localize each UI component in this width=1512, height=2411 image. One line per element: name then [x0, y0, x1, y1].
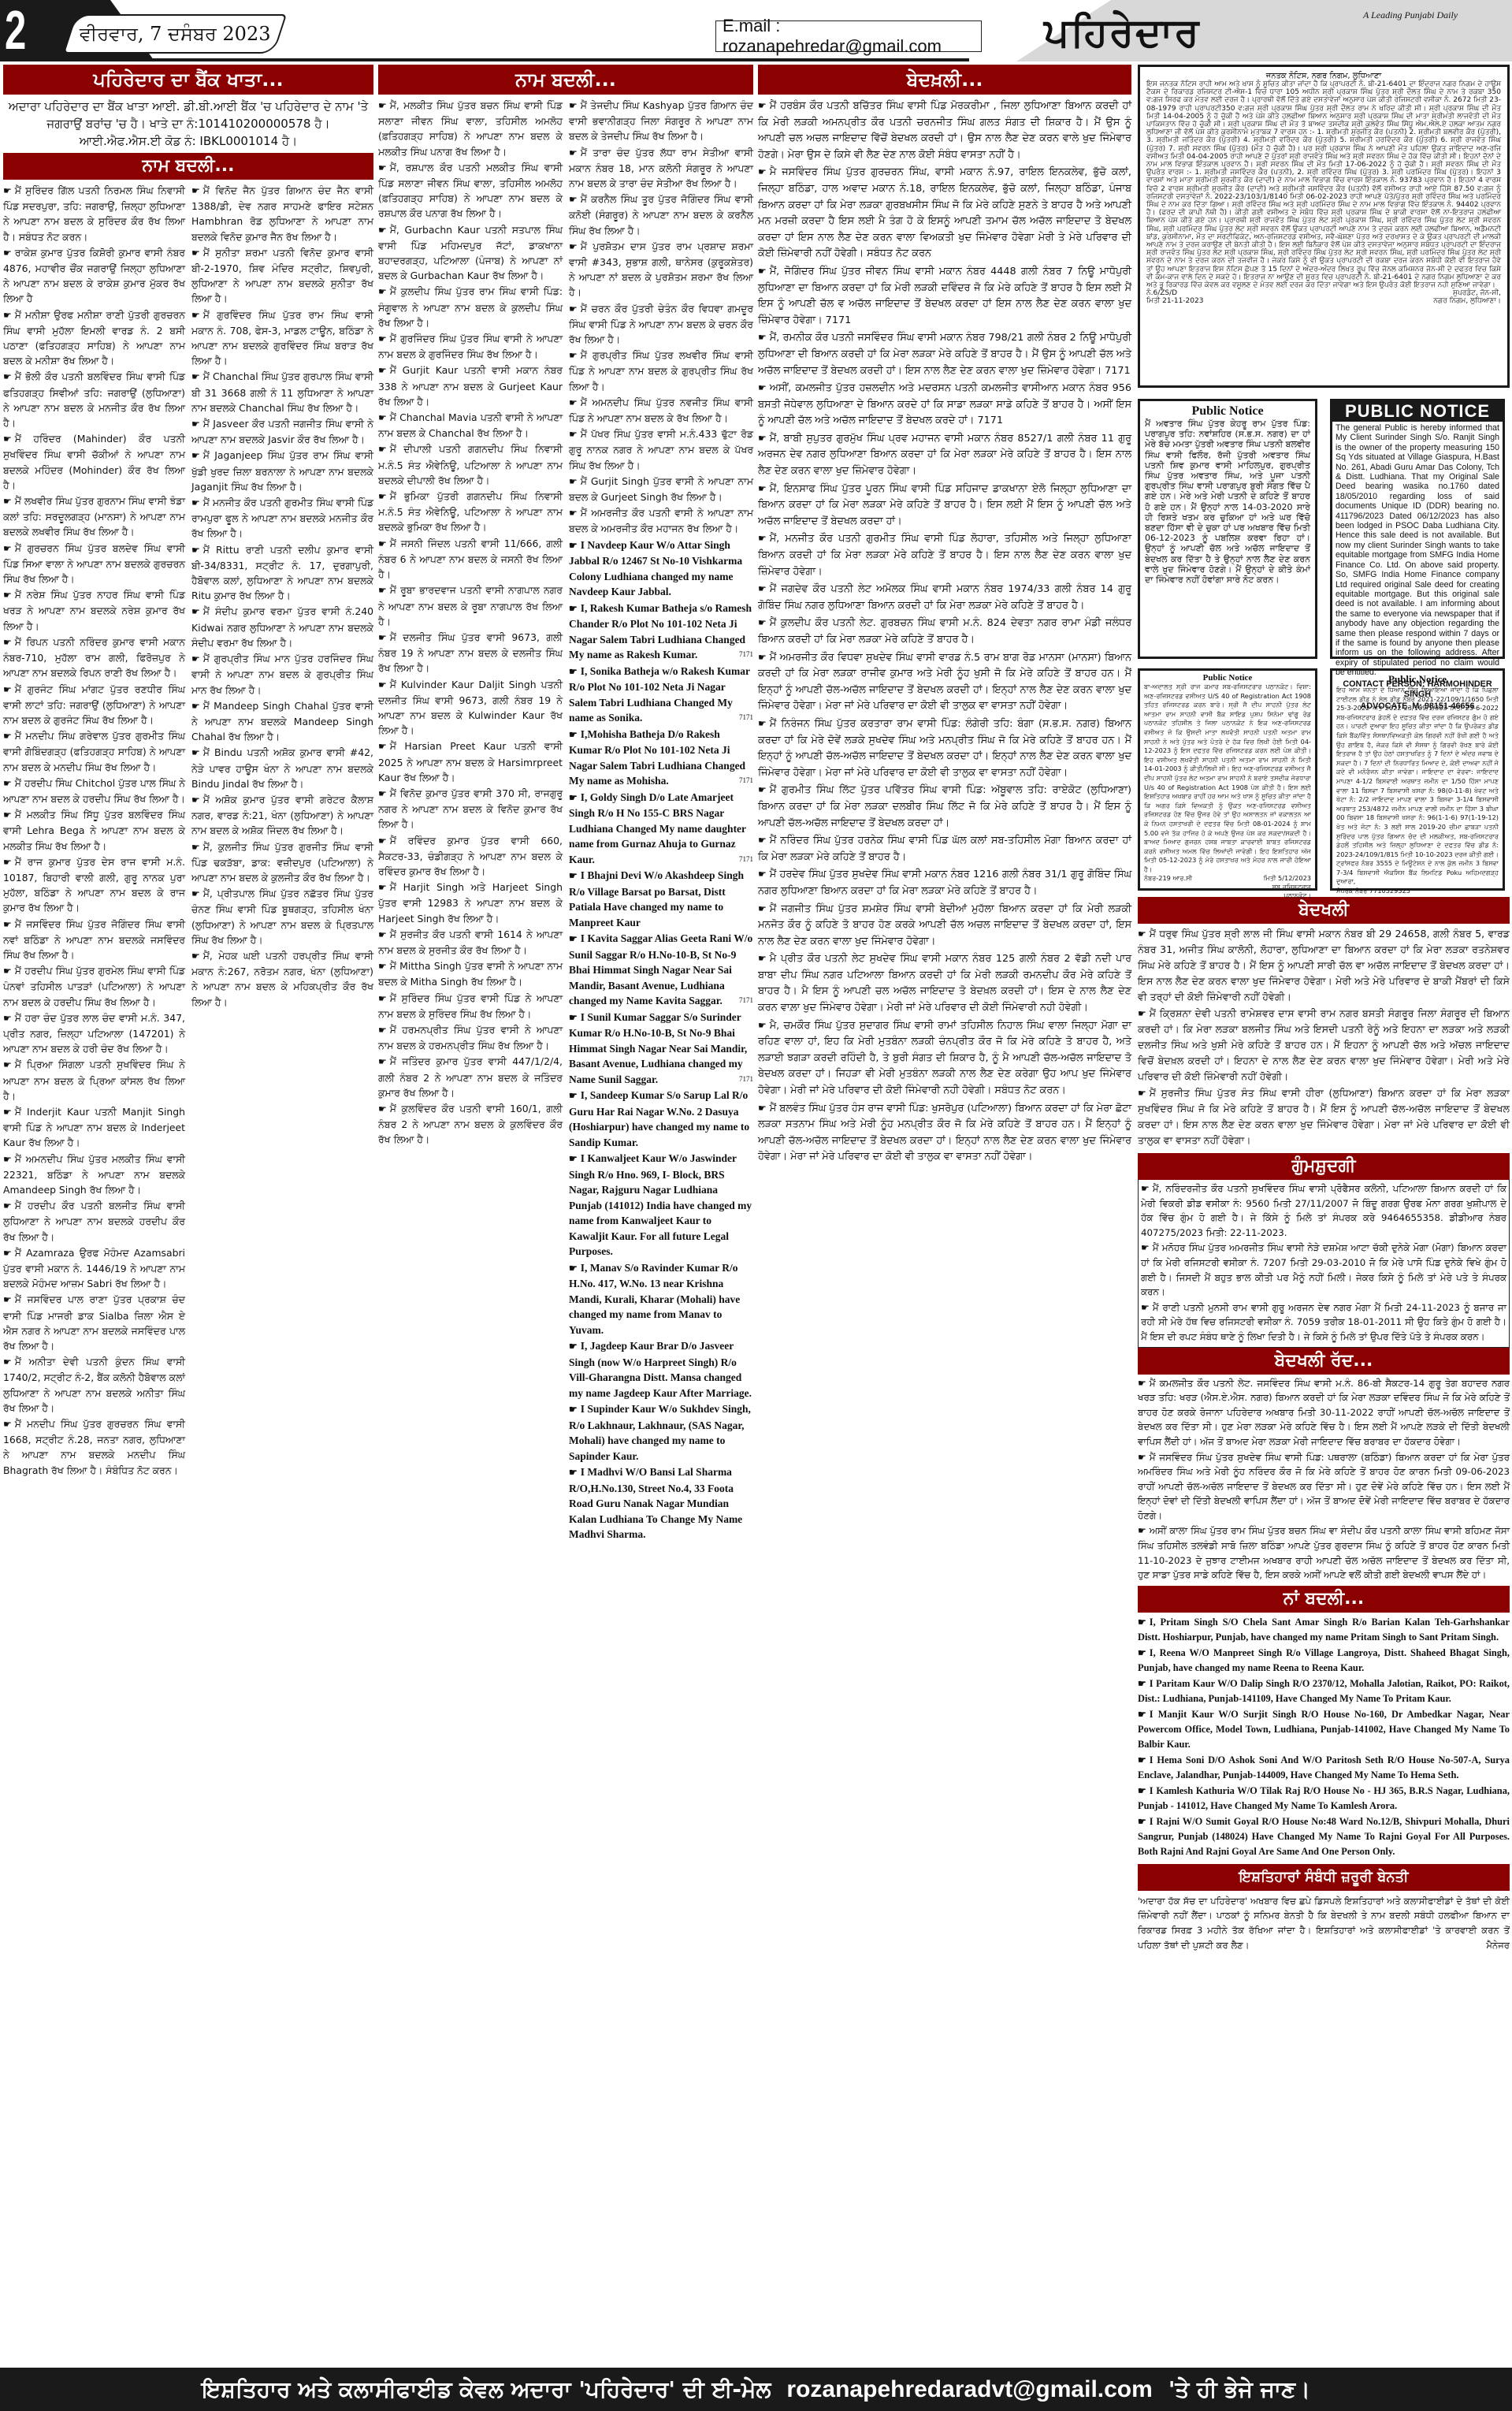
entry-text: ਮੈਂ Chanchal ਸਿੰਘ ਪੁੱਤਰ ਗੁਰਪਾਲ ਸਿੰਘ ਵਾਸੀ…: [191, 370, 373, 413]
list-item: ☛ਮੈਂ ਜਸਵਿੰਦਰ ਸਿੰਘ ਪੁੱਤਰ ਜੋਗਿੰਦਰ ਸਿੰਘ ਵਾਸ…: [3, 917, 185, 963]
pointing-hand-icon: ☛: [1138, 1816, 1146, 1827]
list-item: ☛ਮੈਂ, ਕੁਲਜੀਤ ਸਿੰਘ ਪੁੱਤਰ ਗੁਰਜੀਤ ਸਿੰਘ ਵਾਸੀ…: [191, 839, 373, 886]
list-item: ☛ਮੈਂ ਸੁਨੀਤਾ ਸ਼ਰਮਾ ਪਤਨੀ ਵਿਨੋਦ ਕੁਮਾਰ ਵਾਸੀ …: [191, 245, 373, 307]
entry-text: ਮੈਂ ਗੁਰਵਿੰਦਰ ਸਿੰਘ ਪੁੱਤਰ ਰਾਮ ਸਿੰਘ ਵਾਸੀ ਮਕ…: [191, 309, 373, 367]
entry-text: ਮੈਂ, ਰਮਨੀਕ ਕੌਰ ਪਤਨੀ ਜਸਵਿੰਦਰ ਸਿੰਘ ਵਾਸੀ ਮਕ…: [758, 332, 1131, 376]
entry-text: ਮੈਂ ਹਰਦੀਪ ਸਿੰਘ ਪੁੱਤਰ ਗੁਰਮੇਲ ਸਿੰਘ ਵਾਸੀ ਪਿ…: [3, 965, 185, 1007]
entry-text: ਮੈਂ ਹਰਬੰਸ ਕੌਰ ਪਤਨੀ ਬਚਿੱਤਰ ਸਿੰਘ ਵਾਸੀ ਪਿੰਡ…: [758, 100, 1131, 161]
pointing-hand-icon: ☛: [3, 684, 12, 695]
pointing-hand-icon: ☛: [3, 310, 12, 321]
list-item: ☛ਮੈਂ Kulvinder Kaur Daljit Singh ਪਤਨੀ ਦਲ…: [378, 677, 563, 739]
pointing-hand-icon: ☛: [3, 778, 12, 789]
list-item: ☛ਮੈਂ ਲਖਵੀਰ ਸਿੰਘ ਪੁੱਤਰ ਗੁਰਨਾਮ ਸਿੰਘ ਵਾਸੀ ਝ…: [3, 493, 185, 540]
pointing-hand-icon: ☛: [569, 1153, 578, 1164]
list-item: ☛ਮੈਂ ਪ੍ਰਿਆ ਸਿੰਗਲਾ ਪਤਨੀ ਸੁਖਵਿੰਦਰ ਸਿੰਘ ਨੇ …: [3, 1057, 185, 1103]
pointing-hand-icon: ☛: [191, 450, 200, 461]
notice-title: PUBLIC NOTICE: [1332, 401, 1503, 422]
pointing-hand-icon: ☛: [378, 365, 387, 376]
list-item: ☛ਮੈਂ ਸੁਰਜੀਤ ਸਿੰਘ ਪੁੱਤਰ ਸੰਤ ਸਿੰਘ ਵਾਸੀ ਹੀਰ…: [1138, 1085, 1510, 1148]
entry-text: ਮੈਂ Rittu ਰਾਣੀ ਪਤਨੀ ਦਲੀਪ ਕੁਮਾਰ ਵਾਸੀ ਬੀ-3…: [191, 544, 373, 602]
entry-text: ਮੈਂ ਕ੍ਰਿਸ਼ਨਾ ਦੇਵੀ ਪਤਨੀ ਰਾਮੇਸ਼ਵਰ ਦਾਸ ਵਾਸੀ…: [1138, 1007, 1510, 1082]
list-item: ☛ਮੈਂ ਵਿਨੋਦ ਜੈਨ ਪੁੱਤਰ ਗਿਆਨ ਚੰਦ ਜੈਨ ਵਾਸੀ 1…: [191, 183, 373, 244]
entry-text: ਮੈਂ ਮਨਦੀਪ ਸਿੰਘ ਪੁੱਤਰ ਗੁਰਚਰਨ ਸਿੰਘ ਵਾਸੀ 16…: [3, 1418, 185, 1476]
ad-reference-number: 7171: [739, 852, 753, 868]
list-item: ☛ਮੈਂ ਕੁਲਦੀਪ ਕੌਰ ਪਤਨੀ ਲੇਟ. ਗੁਰਬਚਨ ਸਿੰਘ ਵਾ…: [758, 615, 1131, 648]
list-item: ☛ਮੈਂ ਅਮਨਦੀਪ ਸਿੰਘ ਪੁੱਤਰ ਮਲਕੀਤ ਸਿੰਘ ਵਾਸੀ 2…: [3, 1152, 185, 1198]
pointing-hand-icon: ☛: [378, 538, 387, 549]
ad-reference-number: 7171: [739, 773, 753, 789]
list-item: ☛ਮੈਂ ਜਸਵਿੰਦਰ ਪਾਲ ਰਾਣਾ ਪੁੱਤਰ ਪ੍ਰਕਾਸ਼ ਚੰਦ …: [3, 1292, 185, 1353]
list-item: ☛I Kanwaljeet Kaur W/o Jaswinder Singh R…: [569, 1151, 753, 1259]
list-item: ☛ਮੈਂ ਮਲਕੀਤ ਸਿੰਘ ਸਿੱਧੂ ਪੁੱਤਰ ਬਲਵਿੰਦਰ ਸਿੰਘ…: [3, 807, 185, 854]
list-item: ☛ਮੈਂ, ਨਰਿੰਦਰਜੀਤ ਕੌਰ ਪਤਨੀ ਸੁਖਵਿੰਦਰ ਸਿੰਘ ਵ…: [1141, 1181, 1506, 1240]
pointing-hand-icon: ☛: [378, 961, 387, 972]
entry-text: ਮੈਂ Jaganjeep ਸਿੰਘ ਪੁੱਤਰ ਰਾਮ ਸਿੰਘ ਵਾਸੀ ਖ…: [191, 449, 373, 492]
entry-text: ਰਾਕੇਸ਼ ਕੁਮਾਰ ਪੁੱਤਰ ਕਿਸ਼ੋਰੀ ਕੁਮਾਰ ਵਾਸੀ ਨੰ…: [3, 247, 185, 305]
list-item: ☛ਮੈਂ ਸੁਰਜੀਤ ਕੌਰ ਪਤਨੀ ਵਾਸੀ 1614 ਨੇ ਆਪਣਾ ਨ…: [378, 927, 563, 958]
bank-account-heading: ਪਹਿਰੇਦਾਰ ਦਾ ਬੈਂਕ ਖਾਤਾ...: [3, 65, 373, 95]
pointing-hand-icon: ☛: [191, 497, 200, 508]
pointing-hand-icon: ☛: [191, 951, 200, 962]
entry-text: ਮੈਂ ਨਿਰੰਜਨ ਸਿੰਘ ਪੁੱਤਰ ਕਰਤਾਰਾ ਰਾਮ ਵਾਸੀ ਪਿ…: [758, 718, 1131, 779]
list-item: ☛I Kavita Saggar Alias Geeta Rani W/o Su…: [569, 931, 753, 1009]
pointing-hand-icon: ☛: [1138, 1785, 1146, 1796]
entry-text: ਮੈਂ ਮਨਦੀਪ ਸਿੰਘ ਗਰੇਵਾਲ ਪੁੱਤਰ ਗੁਰਮੀਤ ਸਿੰਘ …: [3, 730, 185, 772]
entry-text: ਮੈਂ, ਇਨਸਾਫ ਸਿੰਘ ਪੁੱਤਰ ਪੂਰਨ ਸਿੰਘ ਵਾਸੀ ਪਿੰ…: [758, 483, 1131, 527]
ref-number: ਨੰ.6/ZS/D: [1146, 289, 1177, 297]
municipal-notice-footer: ਨੰ.6/ZS/D ਸੁਪਰਡੰਟ, ਜੋਨ-ਸੀ,: [1146, 289, 1501, 297]
list-item: ☛ਮੈਂ ਅਮਨਦੀਪ ਸਿੰਘ ਪੁੱਤਰ ਨਵਜੀਤ ਸਿੰਘ ਵਾਸੀ ਪ…: [569, 395, 753, 426]
pointing-hand-icon: ☛: [569, 792, 578, 803]
entry-text: I Bhajni Devi W/o Akashdeep Singh R/o Vi…: [569, 869, 744, 928]
list-item: ☛ਮੈਂ Rittu ਰਾਣੀ ਪਤਨੀ ਦਲੀਪ ਕੁਮਾਰ ਵਾਸੀ ਬੀ-…: [191, 542, 373, 604]
date-banner: ਵੀਰਵਾਰ, 7 ਦਸੰਬਰ 2023: [63, 14, 287, 54]
list-item: ☛ਮੈਂ ਮਨਦੀਪ ਸਿੰਘ ਗਰੇਵਾਲ ਪੁੱਤਰ ਗੁਰਮੀਤ ਸਿੰਘ…: [3, 728, 185, 775]
municipal-notice-body: ਇਸ ਜਨਤਕ ਨੋਟਿਸ ਰਾਹੀ ਆਮ ਅਤੇ ਖਾਸ ਨੂੰ ਸੂਚਿਤ …: [1146, 80, 1501, 289]
notice-title: Public Notice: [1144, 673, 1311, 683]
entry-text: ਮੈਂ ਹਰਦੀਪ ਕੌਰ ਪਤਨੀ ਬਲਜੀਤ ਸਿੰਘ ਵਾਸੀ ਲੁਧਿਆ…: [3, 1200, 185, 1242]
list-item: ☛I, Jagdeep Kaur Brar D/o Jasveer Singh …: [569, 1338, 753, 1401]
list-item: ☛ਮੈਂ ਮਨੀਸ਼ਾ ਉਰਫ ਮਨੀਸ਼ਾ ਰਾਣੀ ਪੁੱਤਰੀ ਗੁਰਚਰ…: [3, 307, 185, 369]
disinheritance-heading-2: ਬੇਦਖਲੀ: [1138, 897, 1510, 924]
list-item: ☛I Paritam Kaur W/O Dalip Singh R/O 2370…: [1138, 1676, 1510, 1706]
list-item: ☛ਮੈਂ ਹਰਬੰਸ ਕੌਰ ਪਤਨੀ ਬਚਿੱਤਰ ਸਿੰਘ ਵਾਸੀ ਪਿੰ…: [758, 98, 1131, 163]
list-item: ☛ਮੈਂ, Gurbachn Kaur ਪਤਨੀ ਸਤਪਾਲ ਸਿੰਘ ਵਾਸੀ…: [378, 222, 563, 284]
entry-text: ਮੈਂ ਰਾਣੀ ਪਤਨੀ ਮੁਨਸੀ ਰਾਮ ਵਾਸੀ ਗੁਰੂ ਅਰਜਨ ਦ…: [1141, 1302, 1506, 1342]
list-item: ☛ਮੈਂ ਹਰਦੀਪ ਕੌਰ ਪਤਨੀ ਬਲਜੀਤ ਸਿੰਘ ਵਾਸੀ ਲੁਧਿ…: [3, 1198, 185, 1245]
entry-text: ਮੈਂ ਤੇਜਦੀਪ ਸਿੰਘ Kashyap ਪੁੱਤਰ ਗਿਆਨ ਚੰਦ ਵ…: [569, 99, 753, 142]
list-item: ☛ਮੈਂ ਹਰਾ ਚੰਦ ਪੁੱਤਰ ਲਾਲ ਚੰਦ ਵਾਸੀ ਮ.ਨੰ. 34…: [3, 1010, 185, 1057]
list-item: ☛ਮੈਂ, ਬਾਬੀ ਸੁਪੁਤਰ ਗੁਰਮੁੱਖ ਸਿੰਘ ਪ੍ਰਵ ਮਹਾਜ…: [758, 430, 1131, 480]
entry-text: ਮੈਂ Chanchal Mavia ਪਤਨੀ ਵਾਸੀ ਨੇ ਆਪਣਾ ਨਾਮ…: [378, 411, 563, 439]
pointing-hand-icon: ☛: [569, 241, 578, 252]
list-item: ☛ਮੈਂ ਕ੍ਰਿਸ਼ਨਾ ਦੇਵੀ ਪਤਨੀ ਰਾਮੇਸ਼ਵਰ ਦਾਸ ਵਾਸ…: [1138, 1006, 1510, 1085]
name-change-heading-2: ਨਾਮ ਬਦਲੀ...: [378, 65, 753, 95]
entry-text: ਮੈਂ Gurjit Kaur ਪਤਨੀ ਵਾਸੀ ਮਕਾਨ ਨੰਬਰ 338 …: [378, 364, 563, 407]
list-item: ☛ਮੈਂ ਹਰਦੇਵ ਸਿੰਘ ਪੁੱਤਰ ਸੁਖਦੇਵ ਸਿੰਘ ਵਾਸੀ ਮ…: [758, 866, 1131, 899]
entry-text: ਮੈਂ ਮਨਜੀਤ ਕੌਰ ਪਤਨੀ ਗੁਰਮੀਤ ਸਿੰਘ ਵਾਸੀ ਪਿੰਡ…: [191, 497, 373, 539]
entry-text: ਮੈਂ ਅਨੀਤਾ ਦੇਵੀ ਪਤਨੀ ਕੁੰਦਨ ਸਿੰਘ ਵਾਸੀ 1740…: [3, 1356, 185, 1414]
pointing-hand-icon: ☛: [569, 1341, 578, 1352]
list-item: ☛ਮੈਂ ਨਰੇਸ਼ ਸਿੰਘ ਪੁੱਤਰ ਨਾਹਰ ਸਿੰਘ ਵਾਸੀ ਪਿੰ…: [3, 587, 185, 634]
pointing-hand-icon: ☛: [191, 185, 200, 196]
pointing-hand-icon: ☛: [191, 747, 200, 758]
entry-text: ਮੈਂ Mandeep Singh Chahal ਪੁੱਤਰ ਵਾਸੀ ਨੇ ਆ…: [191, 700, 373, 742]
pointing-hand-icon: ☛: [758, 166, 767, 177]
entry-text: ਮੈਂ Mittha Singh ਪੁੱਤਰ ਵਾਸੀ ਨੇ ਆਪਣਾ ਨਾਮ …: [378, 960, 563, 988]
pointing-hand-icon: ☛: [1141, 1183, 1150, 1194]
list-item: ☛ਮੈਂ ਗੁਰਜਿੰਦਰ ਸਿੰਘ ਪੁੱਤਰ ਸਿੰਘ ਵਾਸੀ ਨੇ ਆਪ…: [378, 331, 563, 362]
entry-text: ਮੈਂ ਪੱਖਰ ਸਿੰਘ ਪੁੱਤਰ ਵਾਸੀ ਮ.ਨੰ.433 ਢੁੱਟਾ …: [569, 428, 753, 471]
entry-text: ਮੈਂ ਜਗਦੇਵ ਕੌਰ ਪਤਨੀ ਲੇਟ ਅਮੋਲਕ ਸਿੰਘ ਵਾਸੀ ਮ…: [758, 583, 1131, 612]
list-item: ☛I Supinder Kaur W/o Sukhdev Singh, R/o …: [569, 1401, 753, 1464]
pointing-hand-icon: ☛: [758, 483, 767, 494]
list-item: ☛ਮੈ ਜਸਵਿੰਦਰ ਸਿੰਘ ਪੁੱਤਰ ਗੁਰਚਰਨ ਸਿੰਘ, ਵਾਸੀ…: [758, 164, 1131, 262]
pointing-hand-icon: ☛: [569, 666, 578, 677]
list-item: ☛I, Goldy Singh D/o Late Amarjeet Singh …: [569, 790, 753, 868]
entry-text: ਮੈਂ ਵਿਨੋਦ ਜੈਨ ਪੁੱਤਰ ਗਿਆਨ ਚੰਦ ਜੈਨ ਵਾਸੀ 13…: [191, 184, 373, 243]
list-item: ☛ਮੈਂ ਅਨੀਤਾ ਦੇਵੀ ਪਤਨੀ ਕੁੰਦਨ ਸਿੰਘ ਵਾਸੀ 174…: [3, 1354, 185, 1416]
public-notices-row-1: Public Notice ਮੈਂ ਅਵਤਾਰ ਸਿੰਘ ਪੁੱਤਰ ਕੇਹਰੂ…: [1138, 399, 1510, 659]
footer-text: ਇਸ਼ਤਿਹਾਰ ਅਤੇ ਕਲਾਸੀਫਾਈਡ ਕੇਵਲ ਅਦਾਰਾ 'ਪਹਿਰੇ…: [202, 2376, 771, 2403]
pointing-hand-icon: ☛: [378, 835, 387, 846]
pointing-hand-icon: ☛: [1141, 1302, 1150, 1313]
pointing-hand-icon: ☛: [3, 637, 12, 648]
entry-text: ਮੈਂ ਕਰਨੈਲ ਸਿੰਘ ਤੂਰ ਪੁੱਤਰ ਜੋਗਿੰਦਰ ਸਿੰਘ ਵਾ…: [569, 193, 753, 236]
list-item: ☛ਮੈਂ ਜਸਵਿੰਦਰ ਸਿੰਘ ਪੁੱਤਰ ਸੁਖਦੇਵ ਸਿੰਘ ਵਾਸੀ…: [1138, 1450, 1510, 1524]
pointing-hand-icon: ☛: [1141, 1242, 1150, 1253]
public-notice-pathankot: Public Notice ਬਾ-ਅਦਾਲਤ ਸ੍ਰੀ ਰਾਜ ਕਮਾਰ ਸਬ-…: [1138, 668, 1317, 891]
list-item: ☛ਮੈਂ ਪੁਰਸ਼ੋਤਮ ਦਾਸ ਪੁੱਤਰ ਰਾਮ ਪ੍ਰਸ਼ਾਦ ਸ਼ਰਮ…: [569, 239, 753, 300]
masthead-rule: [0, 58, 969, 61]
entry-text: ਮੈਂ ਦੀਪਾਲੀ ਪਤਨੀ ਗਗਨਦੀਪ ਸਿੰਘ ਨਿਵਾਸੀ ਮ.ਨੰ.…: [378, 443, 563, 486]
pointing-hand-icon: ☛: [569, 194, 578, 205]
list-item: ☛I Rajni W/O Sumit Goyal R/O House No:48…: [1138, 1814, 1510, 1859]
disclaimer-signature: ਮੈਨੇਜਰ: [1486, 1938, 1510, 1953]
list-item: ☛ਮੈਂ, ਮਲਕੀਤ ਸਿੰਘ ਪੁੱਤਰ ਬਚਨ ਸਿੰਘ ਵਾਸੀ ਪਿੰ…: [378, 98, 563, 159]
footer-text-end: 'ਤੇ ਹੀ ਭੇਜੇ ਜਾਣ।: [1168, 2376, 1310, 2403]
signatory-office: ਨਗਰ ਨਿਗਮ, ਲੁਧਿਆਣਾ।: [1433, 297, 1501, 305]
entry-text: ਮੈਂ ਨਰਿੰਦਰ ਸਿੰਘ ਪੁੱਤਰ ਹਰਨੇਕ ਸਿੰਘ ਵਾਸੀ ਪਿ…: [758, 835, 1131, 863]
pointing-hand-icon: ☛: [3, 1248, 12, 1259]
entry-text: ਮੈਂ ਜਸਨੀ ਜਿੰਦਲ ਪਤਨੀ ਵਾਸੀ 11/666, ਗਲੀ ਨੰਬ…: [378, 538, 563, 580]
pointing-hand-icon: ☛: [378, 225, 387, 236]
pointing-hand-icon: ☛: [378, 333, 387, 344]
pointing-hand-icon: ☛: [191, 545, 200, 556]
pointing-hand-icon: ☛: [3, 1107, 12, 1118]
entry-text: ਮੈਂ ਮਲਕੀਤ ਸਿੰਘ ਸਿੱਧੂ ਪੁੱਤਰ ਬਲਵਿੰਦਰ ਸਿੰਘ …: [3, 809, 185, 851]
list-item: ☛ਮੈਂ Harsian Preet Kaur ਪਤਨੀ ਵਾਸੀ 2025 ਨ…: [378, 739, 563, 785]
list-item: ☛ਮੈਂ ਸੁਰਿੰਦਰ ਸਿੰਘ ਪੁੱਤਰ ਵਾਸੀ ਪਿੰਡ ਨੇ ਆਪਣ…: [378, 991, 563, 1021]
entry-text: I Sunil Kumar Saggar S/o Surinder Kumar …: [569, 1011, 747, 1085]
list-item: ☛ਮੈਂ Chanchal ਸਿੰਘ ਪੁੱਤਰ ਗੁਰਪਾਲ ਸਿੰਘ ਵਾਸ…: [191, 369, 373, 415]
entry-text: ਮੈਂ ਲਖਵੀਰ ਸਿੰਘ ਪੁੱਤਰ ਗੁਰਨਾਮ ਸਿੰਘ ਵਾਸੀ ਝੰ…: [3, 495, 185, 538]
entry-text: ਮੈਂ Gurjit Singh ਪੁੱਤਰ ਵਾਸੀ ਨੇ ਆਪਣਾ ਨਾਮ …: [569, 475, 753, 503]
pointing-hand-icon: ☛: [3, 433, 12, 445]
pointing-hand-icon: ☛: [569, 397, 578, 408]
pointing-hand-icon: ☛: [3, 1200, 12, 1211]
entry-text: ਮੈਂ ਧਰੁਵ ਸਿੰਘ ਪੁੱਤਰ ਸ਼੍ਰੀ ਲਾਲ ਜੀ ਸਿੰਘ ਵਾ…: [1138, 928, 1510, 1003]
entry-text: ਮੈਂ ਸੁਰਜੀਤ ਕੌਰ ਪਤਨੀ ਵਾਸੀ 1614 ਨੇ ਆਪਣਾ ਨਾ…: [378, 928, 563, 956]
entry-text: ਮੈਂ, ਕੁਲਜੀਤ ਸਿੰਘ ਪੁੱਤਰ ਗੁਰਜੀਤ ਸਿੰਘ ਵਾਸੀ …: [191, 841, 373, 884]
notice-body: ਇਹ ਆਮ ਜਨਤਾ ਦੇ ਧਿਆਨ ਵਿੱਚ ਲਿਆਇਆ ਜਾਂਦਾ ਹੈ ਕ…: [1336, 686, 1499, 887]
list-item: ☛I Sunil Kumar Saggar S/o Surinder Kumar…: [569, 1010, 753, 1088]
pointing-hand-icon: ☛: [758, 652, 767, 663]
entry-text: ਮੈਂ ਸੁਰਿੰਦਰ ਗਿੱਲ ਪਤਨੀ ਨਿਰਮਲ ਸਿੰਘ ਨਿਵਾਸੀ …: [3, 184, 185, 243]
pointing-hand-icon: ☛: [378, 1103, 387, 1114]
pointing-hand-icon: ☛: [569, 508, 578, 519]
pointing-hand-icon: ☛: [569, 1090, 578, 1101]
pointing-hand-icon: ☛: [1138, 1678, 1146, 1689]
entry-text: I, Jagdeep Kaur Brar D/o Jasveer Singh (…: [569, 1340, 752, 1399]
public-notice-dehlon: Public Notice ਇਹ ਆਮ ਜਨਤਾ ਦੇ ਧਿਆਨ ਵਿੱਚ ਲਿ…: [1330, 668, 1505, 891]
disinheritance-revoked-heading: ਬੇਦਖਲੀ ਰੱਦ...: [1138, 1348, 1510, 1375]
list-item: ☛ਮੈਂ ਗੁਰਪ੍ਰੀਤ ਸਿੰਘ ਮਾਨ ਪੁੱਤਰ ਹਰਜਿੰਦਰ ਸਿੰ…: [191, 651, 373, 698]
footer-banner: ਇਸ਼ਤਿਹਾਰ ਅਤੇ ਕਲਾਸੀਫਾਈਡ ਕੇਵਲ ਅਦਾਰਾ 'ਪਹਿਰੇ…: [0, 2368, 1512, 2411]
pointing-hand-icon: ☛: [758, 100, 767, 111]
entry-text: ਮੈਂ ਅਮਰਜੀਤ ਕੌਰ ਵਿਧਵਾ ਸੁਖਦੇਵ ਸਿੰਘ ਵਾਸੀ ਵਾ…: [758, 652, 1131, 713]
entry-text: ਮੈ ਜਸਵਿੰਦਰ ਸਿੰਘ ਪੁੱਤਰ ਗੁਰਚਰਨ ਸਿੰਘ, ਵਾਸੀ …: [758, 166, 1131, 259]
disinheritance-heading: ਬੇਦਖ਼ਲੀ...: [758, 65, 1131, 95]
pointing-hand-icon: ☛: [3, 809, 12, 820]
pointing-hand-icon: ☛: [758, 835, 767, 846]
list-item: ☛ਮੈਂ ਹਰਦੀਪ ਸਿੰਘ Chitchol ਪੁੱਤਰ ਪਾਲ ਸਿੰਘ …: [3, 776, 185, 806]
page-number: 2: [5, 0, 26, 60]
pointing-hand-icon: ☛: [378, 1025, 387, 1036]
list-item: ☛ਮੈਂ ਕੁਲਵਿੰਦਰ ਕੌਰ ਪਤਨੀ ਵਾਸੀ 160/1, ਗਲੀ ਨ…: [378, 1101, 563, 1148]
pointing-hand-icon: ☛: [569, 870, 578, 881]
pointing-hand-icon: ☛: [378, 741, 387, 752]
pointing-hand-icon: ☛: [758, 784, 767, 795]
list-item: ☛ਮੈਂ, ਮਨਜੀਤ ਕੌਰ ਪਤਨੀ ਗੁਰਮੀਤ ਸਿੰਘ ਵਾਸੀ ਪਿ…: [758, 530, 1131, 580]
list-item: ☛ਮੈਂ Gurjit Singh ਪੁੱਤਰ ਵਾਸੀ ਨੇ ਆਪਣਾ ਨਾਮ…: [569, 474, 753, 504]
pointing-hand-icon: ☛: [191, 701, 200, 712]
pointing-hand-icon: ☛: [569, 1012, 578, 1023]
disclaimer-body: 'ਅਦਾਰਾ ਹੱਕ ਸੱਚ ਦਾ ਪਹਿਰੇਦਾਰ' ਅਖਬਾਰ ਵਿਚ ਛਪ…: [1138, 1896, 1510, 1951]
entry-text: ਮੈਂ ਜਸਵਿੰਦਰ ਪਾਲ ਰਾਣਾ ਪੁੱਤਰ ਪ੍ਰਕਾਸ਼ ਚੰਦ ਵ…: [3, 1293, 185, 1352]
list-item: ☛ਮੈਂ Harjit Singh ਅਤੇ Harjeet Singh ਪੁੱਤ…: [378, 880, 563, 926]
list-item: ☛ਮੈਂ ਕਰਨੈਲ ਸਿੰਘ ਤੂਰ ਪੁੱਤਰ ਜੋਗਿੰਦਰ ਸਿੰਘ ਵ…: [569, 192, 753, 238]
pointing-hand-icon: ☛: [758, 533, 767, 544]
pointing-hand-icon: ☛: [1138, 1452, 1146, 1463]
ad-reference-number: 7171: [739, 710, 753, 726]
advertisement-disclaimer-heading: ਇਸ਼ਤਿਹਾਰਾਂ ਸੰਬੰਧੀ ਜ਼ਰੂਰੀ ਬੇਨਤੀ: [1138, 1864, 1510, 1891]
entry-text: ਮੈਂ ਭੁਮਿਕਾ ਪੁੱਤਰੀ ਗਗਨਦੀਪ ਸਿੰਘ ਨਿਵਾਸੀ ਮ.ਨ…: [378, 490, 563, 533]
name-change-heading-3: ਨਾਂ ਬਦਲੀ...: [1138, 1586, 1510, 1613]
email-link[interactable]: E.mail : rozanapehredar@gmail.com: [715, 20, 982, 52]
entry-text: ਮੈਂ ਪ੍ਰਿਆ ਸਿੰਗਲਾ ਪਤਨੀ ਸੁਖਵਿੰਦਰ ਸਿੰਘ ਨੇ ਆ…: [3, 1059, 185, 1101]
entry-text: I Kamlesh Kathuria W/O Tilak Raj R/O Hou…: [1138, 1785, 1510, 1811]
entry-text: ਮੈਂ ਸੁਰਜੀਤ ਸਿੰਘ ਪੁੱਤਰ ਸੰਤ ਸਿੰਘ ਵਾਸੀ ਹੀਰਾ…: [1138, 1087, 1510, 1146]
notice-footer: ਨੰਬਰ-219 ਆਰ.ਸੀ ਮਿਤੀ 5/12/2023: [1144, 874, 1311, 883]
list-item: ☛ਮੈਂ ਭੋਲੀ ਕੌਰ ਪਤਨੀ ਬਲਵਿੰਦਰ ਸਿੰਘ ਵਾਸੀ ਪਿੰ…: [3, 369, 185, 430]
notice-title: Public Notice: [1336, 673, 1499, 686]
pointing-hand-icon: ☛: [1138, 1647, 1146, 1658]
pointing-hand-icon: ☛: [378, 444, 387, 455]
name-change-heading: ਨਾਮ ਬਦਲੀ...: [3, 153, 373, 180]
list-item: ☛I Bhajni Devi W/o Akashdeep Singh R/o V…: [569, 868, 753, 930]
entry-text: ਮੈਂ, ਮੇਹਕ ਘਈ ਪਤਨੀ ਹਰਪ੍ਰੀਤ ਸਿੰਘ ਵਾਸੀ ਮਕਾਨ…: [191, 950, 373, 1008]
advertisement-disclaimer: 'ਅਦਾਰਾ ਹੱਕ ਸੱਚ ਦਾ ਪਹਿਰੇਦਾਰ' ਅਖਬਾਰ ਵਿਚ ਛਪ…: [1138, 1891, 1510, 1952]
list-item: ☛ਮੈਂ ਮਨਦੀਪ ਸਿੰਘ ਪੁੱਤਰ ਗੁਰਚਰਨ ਸਿੰਘ ਵਾਸੀ 1…: [3, 1416, 185, 1478]
list-item: ☛I Madhvi W/O Bansi Lal Sharma R/O,H.No.…: [569, 1464, 753, 1542]
entry-text: ਮੈ ਪ੍ਰੀਤ ਕੌਰ ਪਤਨੀ ਲੇਟ ਸੁਖਦੇਵ ਸਿੰਘ ਵਾਸੀ ਮ…: [758, 953, 1131, 1014]
signatory: ਸਬ ਰਜਿਸਟਰਾਰ: [1144, 883, 1311, 891]
column-disinheritance: ਬੇਦਖ਼ਲੀ... ☛ਮੈਂ ਹਰਬੰਸ ਕੌਰ ਪਤਨੀ ਬਚਿੱਤਰ ਸਿ…: [758, 65, 1131, 1166]
list-item: ☛ਮੈਂ ਗੁਰਵਿੰਦਰ ਸਿੰਘ ਪੁੱਤਰ ਰਾਮ ਸਿੰਘ ਵਾਸੀ ਮ…: [191, 307, 373, 369]
list-item: ☛ਮੈਂ ਤਾਰਾ ਚੰਦ ਪੁੱਤਰ ਲੱਧਾ ਰਾਮ ਸੇਤੀਆ ਵਾਸੀ …: [569, 145, 753, 192]
entry-text: I Kavita Saggar Alias Geeta Rani W/o Sun…: [569, 932, 752, 1006]
list-item: ☛I Manjit Kaur W/O Surjit Singh R/O Hous…: [1138, 1707, 1510, 1752]
name-change-left-list: ☛ਮੈਂ, ਮਲਕੀਤ ਸਿੰਘ ਪੁੱਤਰ ਬਚਨ ਸਿੰਘ ਵਾਸੀ ਪਿੰ…: [378, 98, 563, 1543]
pointing-hand-icon: ☛: [191, 371, 200, 382]
signatory: ਸੁਪਰਡੰਟ, ਜੋਨ-ਸੀ,: [1453, 289, 1501, 297]
list-item: ☛ਮੈਂ ਸੰਦੀਪ ਕੁਮਾਰ ਵਰਮਾ ਪੁੱਤਰ ਵਾਸੀ ਨੰ.240 …: [191, 604, 373, 650]
entry-text: ਮੈਂ, Gurbachn Kaur ਪਤਨੀ ਸਤਪਾਲ ਸਿੰਘ ਵਾਸੀ …: [378, 224, 563, 282]
footer-email-link[interactable]: rozanapehredaradvt@gmail.com: [786, 2376, 1152, 2403]
column-notices: ਜਨਤਕ ਨੋਟਿਸ, ਨਗਰ ਨਿਗਮ, ਲੁਧਿਆਣਾ ਇਸ ਜਨਤਕ ਨੋ…: [1138, 65, 1510, 1952]
pointing-hand-icon: ☛: [758, 332, 767, 343]
notice-date: ਮਿਤੀ 21-11-2023: [1146, 297, 1203, 305]
entry-text: I Rajni W/O Sumit Goyal R/O House No:48 …: [1138, 1816, 1510, 1857]
list-item: ☛ਮੈ ਪ੍ਰੀਤ ਕੌਰ ਪਤਨੀ ਲੇਟ ਸੁਖਦੇਵ ਸਿੰਘ ਵਾਸੀ …: [758, 951, 1131, 1016]
pointing-hand-icon: ☛: [378, 100, 387, 111]
name-change-left-list: ☛ਮੈਂ ਸੁਰਿੰਦਰ ਗਿੱਲ ਪਤਨੀ ਨਿਰਮਲ ਸਿੰਘ ਨਿਵਾਸੀ…: [3, 183, 185, 1479]
list-item: ☛ਮੈਂ ਕਮਲਜੀਤ ਕੌਰ ਪਤਨੀ ਲੇਟ. ਜਸਵਿੰਦਰ ਸਿੰਘ ਵ…: [1138, 1376, 1510, 1449]
pointing-hand-icon: ☛: [1138, 1709, 1146, 1720]
list-item: ☛ਮੈਂ Jasveer ਕੌਰ ਪਤਨੀ ਜਗਜੀਤ ਸਿੰਘ ਵਾਸੀ ਨੇ…: [191, 416, 373, 447]
disinheritance-list-2: ☛ਮੈਂ ਧਰੁਵ ਸਿੰਘ ਪੁੱਤਰ ਸ਼੍ਰੀ ਲਾਲ ਜੀ ਸਿੰਘ ਵ…: [1138, 924, 1510, 1148]
pointing-hand-icon: ☛: [191, 419, 200, 430]
pointing-hand-icon: ☛: [569, 303, 578, 314]
pointing-hand-icon: ☛: [3, 496, 12, 507]
pointing-hand-icon: ☛: [758, 617, 767, 628]
entry-text: ਮੈਂ ਤਾਰਾ ਚੰਦ ਪੁੱਤਰ ਲੱਧਾ ਰਾਮ ਸੇਤੀਆ ਵਾਸੀ ਮ…: [569, 147, 753, 189]
pointing-hand-icon: ☛: [378, 412, 387, 423]
pointing-hand-icon: ☛: [3, 590, 12, 601]
entry-text: ਮੈਂ Jasveer ਕੌਰ ਪਤਨੀ ਜਗਜੀਤ ਸਿੰਘ ਵਾਸੀ ਨੇ …: [191, 418, 373, 445]
entry-text: ਮੈਂ, ਮਲਕੀਤ ਸਿੰਘ ਪੁੱਤਰ ਬਚਨ ਸਿੰਘ ਵਾਸੀ ਪਿੰਡ…: [378, 99, 563, 158]
list-item: ☛ਮੈਂ ਮਨਜੀਤ ਕੌਰ ਪਤਨੀ ਗੁਰਮੀਤ ਸਿੰਘ ਵਾਸੀ ਪਿੰ…: [191, 495, 373, 541]
disinheritance-list: ☛ਮੈਂ ਹਰਬੰਸ ਕੌਰ ਪਤਨੀ ਬਚਿੱਤਰ ਸਿੰਘ ਵਾਸੀ ਪਿੰ…: [758, 95, 1131, 1166]
list-item: ☛ਮੈਂ ਜਗਦੇਵ ਕੌਰ ਪਤਨੀ ਲੇਟ ਅਮੋਲਕ ਸਿੰਘ ਵਾਸੀ …: [758, 581, 1131, 614]
entry-text: ਮੈਂ, ਪ੍ਰੀਤਪਾਲ ਸਿੰਘ ਪੁੱਤਰ ਨਛੱਤਰ ਸਿੰਘ ਪੁੱਤ…: [191, 887, 373, 946]
entry-text: ਮੈ, ਚਮਕੌਰ ਸਿੰਘ ਪੁੱਤਰ ਸੁਦਾਗਰ ਸਿੰਘ ਵਾਸੀ ਰਾ…: [758, 1020, 1131, 1096]
entry-text: ਮੈਂ ਰਵਿੰਦਰ ਕੁਮਾਰ ਪੁੱਤਰ ਵਾਸੀ 660, ਸੈਕਟਰ-3…: [378, 835, 563, 877]
pointing-hand-icon: ☛: [569, 147, 578, 158]
pointing-hand-icon: ☛: [3, 1419, 12, 1430]
pointing-hand-icon: ☛: [378, 882, 387, 893]
entry-text: ਮੈਂ ਰਿਪਨ ਪਤਨੀ ਨਰਿੰਦਰ ਕੁਮਾਰ ਵਾਸੀ ਮਕਾਨ ਨੰਬ…: [3, 636, 185, 679]
municipal-notice: ਜਨਤਕ ਨੋਟਿਸ, ਨਗਰ ਨਿਗਮ, ਲੁਧਿਆਣਾ ਇਸ ਜਨਤਕ ਨੋ…: [1138, 65, 1510, 388]
entry-text: ਮੈਂ ਜਸਵਿੰਦਰ ਸਿੰਘ ਪੁੱਤਰ ਜੋਗਿੰਦਰ ਸਿੰਘ ਵਾਸੀ…: [3, 918, 185, 961]
pointing-hand-icon: ☛: [1138, 1088, 1146, 1099]
ad-reference-number: 7171: [739, 1072, 753, 1088]
list-item: ☛ਮੈਂ, ਮੇਹਕ ਘਈ ਪਤਨੀ ਹਰਪ੍ਰੀਤ ਸਿੰਘ ਵਾਸੀ ਮਕਾ…: [191, 948, 373, 1010]
list-item: ☛I,Mohisha Batheja D/o Rakesh Kumar R/o …: [569, 727, 753, 789]
pointing-hand-icon: ☛: [1138, 1378, 1146, 1389]
entry-text: ਮੈਂ ਭੋਲੀ ਕੌਰ ਪਤਨੀ ਬਲਵਿੰਦਰ ਸਿੰਘ ਵਾਸੀ ਪਿੰਡ…: [3, 370, 185, 429]
entry-text: ਮੈਂ, ਨਰਿੰਦਰਜੀਤ ਕੌਰ ਪਤਨੀ ਸੁਖਵਿੰਦਰ ਸਿੰਘ ਵਾ…: [1141, 1183, 1506, 1238]
list-item: ☛ਅਸੀਂ ਕਾਲਾ ਸਿੰਘ ਪੁੱਤਰ ਰਾਮ ਸਿੰਘ ਪੁੱਤਰ ਬਚਨ…: [1138, 1524, 1510, 1582]
masthead: 2 ਵੀਰਵਾਰ, 7 ਦਸੰਬਰ 2023 E.mail : rozanape…: [0, 0, 1512, 61]
disinheritance-revoked-list: ☛ਮੈਂ ਕਮਲਜੀਤ ਕੌਰ ਪਤਨੀ ਲੇਟ. ਜਸਵਿੰਦਰ ਸਿੰਘ ਵ…: [1138, 1375, 1510, 1583]
pointing-hand-icon: ☛: [191, 794, 200, 806]
entry-text: ਮੈਂ Azamraza ਉਰਫ ਮੋਹੰਮਦ Azamsabri ਪੁੱਤਰ …: [3, 1247, 185, 1289]
entry-text: ਮੈਂ ਸੁਰਿੰਦਰ ਸਿੰਘ ਪੁੱਤਰ ਵਾਸੀ ਪਿੰਡ ਨੇ ਆਪਣਾ…: [378, 992, 563, 1020]
missing-documents-list: ☛ਮੈਂ, ਨਰਿੰਦਰਜੀਤ ਕੌਰ ਪਤਨੀ ਸੁਖਵਿੰਦਰ ਸਿੰਘ ਵ…: [1138, 1180, 1510, 1348]
municipal-notice-footer-2: ਮਿਤੀ 21-11-2023 ਨਗਰ ਨਿਗਮ, ਲੁਧਿਆਣਾ।: [1146, 297, 1501, 305]
pointing-hand-icon: ☛: [758, 433, 767, 444]
pointing-hand-icon: ☛: [1138, 1008, 1146, 1019]
entry-text: ਮੈਂ ਕੁਲਦੀਪ ਕੌਰ ਪਤਨੀ ਲੇਟ. ਗੁਰਬਚਨ ਸਿੰਘ ਵਾਸ…: [758, 617, 1131, 646]
entry-text: ਮੈਂ ਗੁਰਪ੍ਰੀਤ ਸਿੰਘ ਪੁੱਤਰ ਲਖਵੀਰ ਸਿੰਘ ਵਾਸੀ …: [569, 349, 753, 392]
list-item: ☛ਮੈਂ ਰਾਣੀ ਪਤਨੀ ਮੁਨਸੀ ਰਾਮ ਵਾਸੀ ਗੁਰੂ ਅਰਜਨ …: [1141, 1300, 1506, 1345]
list-item: ☛ਮੈਂ Mittha Singh ਪੁੱਤਰ ਵਾਸੀ ਨੇ ਆਪਣਾ ਨਾਮ…: [378, 958, 563, 989]
entry-text: ਮੈਂ ਕਮਲਜੀਤ ਕੌਰ ਪਤਨੀ ਲੇਟ. ਜਸਵਿੰਦਰ ਸਿੰਘ ਵਾ…: [1138, 1378, 1510, 1447]
entry-text: I, Sandeep Kumar S/o Sarup Lal R/o Guru …: [569, 1089, 749, 1148]
list-item: ☛ਮੈਂ ਮਨੋਹਰ ਸਿੰਘ ਪੁੱਤਰ ਅਮਰਜੀਤ ਸਿੰਘ ਵਾਸੀ ਨ…: [1141, 1241, 1506, 1299]
entry-text: ਮੈਂ ਵਿਨੋਦ ਕੁਮਾਰ ਪੁੱਤਰ ਵਾਸੀ 370 ਸੀ, ਰਾਜਗੁ…: [378, 787, 563, 830]
pointing-hand-icon: ☛: [758, 1103, 767, 1114]
entry-text: ਮੈਂ ਗੁਰਜੰਟ ਸਿੰਘ ਮਾਂਗਟ ਪੁੱਤਰ ਰਣਧੀਰ ਸਿੰਘ ਵ…: [3, 683, 185, 726]
entry-text: I Hema Soni D/O Ashok Soni And W/O Parit…: [1138, 1754, 1510, 1780]
entry-text: ਮੈਂ ਮਨੀਸ਼ਾ ਉਰਫ ਮਨੀਸ਼ਾ ਰਾਣੀ ਪੁੱਤਰੀ ਗੁਰਚਰਨ…: [3, 309, 185, 367]
name-change-right-list: ☛ਮੈਂ ਵਿਨੋਦ ਜੈਨ ਪੁੱਤਰ ਗਿਆਨ ਚੰਦ ਜੈਨ ਵਾਸੀ 1…: [191, 183, 373, 1479]
list-item: ☛ਮੈਂ ਦੀਪਾਲੀ ਪਤਨੀ ਗਗਨਦੀਪ ਸਿੰਘ ਨਿਵਾਸੀ ਮ.ਨੰ…: [378, 441, 563, 488]
pointing-hand-icon: ☛: [569, 1263, 578, 1274]
pointing-hand-icon: ☛: [1138, 928, 1146, 939]
pointing-hand-icon: ☛: [569, 350, 578, 361]
pointing-hand-icon: ☛: [569, 540, 578, 551]
entry-text: ਅਸੀਂ, ਕਮਲਜੀਤ ਪੁੱਤਰ ਹਜ਼ਲਦੀਨ ਅਤੇ ਮਦਰਸਨ ਪਤਨ…: [758, 382, 1131, 426]
name-change-list: ☛ਮੈਂ ਸੁਰਿੰਦਰ ਗਿੱਲ ਪਤਨੀ ਨਿਰਮਲ ਸਿੰਘ ਨਿਵਾਸੀ…: [3, 180, 373, 1479]
list-item: ☛ਮੈਂ ਧਰੁਵ ਸਿੰਘ ਪੁੱਤਰ ਸ਼੍ਰੀ ਲਾਲ ਜੀ ਸਿੰਘ ਵ…: [1138, 926, 1510, 1005]
entry-text: ਮੈਂ ਰਾਜ ਕੁਮਾਰ ਪੁੱਤਰ ਦੇਸ ਰਾਜ ਵਾਸੀ ਮ.ਨੰ. 1…: [3, 856, 185, 914]
pointing-hand-icon: ☛: [191, 310, 200, 321]
ad-reference-number: 7171: [739, 647, 753, 663]
list-item: ☛ਮੈਂ ਰਾਜ ਕੁਮਾਰ ਪੁੱਤਰ ਦੇਸ ਰਾਜ ਵਾਸੀ ਮ.ਨੰ. …: [3, 854, 185, 916]
entry-text: ਮੈਂ ਅਸ਼ੋਕ ਕੁਮਾਰ ਪੁੱਤਰ ਵਾਸੀ ਗਰੇਟਰ ਕੈਲਾਸ਼ …: [191, 794, 373, 836]
list-item: ☛ਮੈਂ ਜਤਿੰਦਰ ਕੁਮਾਰ ਪੁੱਤਰ ਵਾਸੀ 447/1/2/4, …: [378, 1054, 563, 1100]
entry-text: ਮੈਂ ਹਰਮਨਪ੍ਰੀਤ ਸਿੰਘ ਪੁੱਤਰ ਵਾਸੀ ਨੇ ਆਪਣਾ ਨਾ…: [378, 1024, 563, 1051]
list-item: ☛ਮੈਂ, ਇਨਸਾਫ ਸਿੰਘ ਪੁੱਤਰ ਪੂਰਨ ਸਿੰਘ ਵਾਸੀ ਪਿ…: [758, 481, 1131, 530]
entry-text: ਮੈਂ ਹਰਾ ਚੰਦ ਪੁੱਤਰ ਲਾਲ ਚੰਦ ਵਾਸੀ ਮ.ਨੰ. 347…: [3, 1012, 185, 1055]
pointing-hand-icon: ☛: [569, 1404, 578, 1415]
list-item: ☛ਮੈਂ ਨਰਿੰਦਰ ਸਿੰਘ ਪੁੱਤਰ ਹਰਨੇਕ ਸਿੰਘ ਵਾਸੀ ਪ…: [758, 832, 1131, 865]
pointing-hand-icon: ☛: [378, 632, 387, 643]
pointing-hand-icon: ☛: [3, 1059, 12, 1070]
entry-text: ਮੈਂ ਜਤਿੰਦਰ ਕੁਮਾਰ ਪੁੱਤਰ ਵਾਸੀ 447/1/2/4, ਗ…: [378, 1055, 563, 1098]
entry-text: ਮੈਂ ਜਗਜੀਤ ਸਿੰਘ ਪੁੱਤਰ ਸ਼ਮਸ਼ੇਰ ਸਿੰਘ ਵਾਸੀ ਬ…: [758, 903, 1131, 947]
entry-text: ਮੈਂ ਦਲਜੀਤ ਸਿੰਘ ਪੁੱਤਰ ਵਾਸੀ 9673, ਗਲੀ ਨੰਬਰ…: [378, 631, 563, 674]
pointing-hand-icon: ☛: [569, 933, 578, 944]
list-item: ☛ਮੈਂ ਹਰਿੰਦਰ (Mahinder) ਕੌਰ ਪਤਨੀ ਸੁਖਵਿੰਦਰ…: [3, 431, 185, 493]
entry-text: ਅਸੀਂ ਕਾਲਾ ਸਿੰਘ ਪੁੱਤਰ ਰਾਮ ਸਿੰਘ ਪੁੱਤਰ ਬਚਨ …: [1138, 1525, 1510, 1580]
entry-text: ਮੈਂ ਨਰੇਸ਼ ਸਿੰਘ ਪੁੱਤਰ ਨਾਹਰ ਸਿੰਘ ਵਾਸੀ ਪਿੰਡ…: [3, 589, 185, 631]
name-change-english-list: ☛I, Pritam Singh S/O Chela Sant Amar Sin…: [1138, 1613, 1510, 1859]
pointing-hand-icon: ☛: [378, 162, 387, 173]
bank-account-text: ਅਦਾਰਾ ਪਹਿਰੇਦਾਰ ਦਾ ਬੈਂਕ ਖਾਤਾ ਆਈ. ਡੀ.ਬੀ.ਆਈ…: [3, 95, 373, 153]
entry-text: I, Sonika Batheja w/o Rakesh Kumar R/o P…: [569, 665, 750, 724]
pointing-hand-icon: ☛: [569, 729, 578, 740]
entry-text: ਮੈਂ ਅਮਰਜੀਤ ਕੌਰ ਪਤਨੀ ਵਾਸੀ ਨੇ ਆਪਣਾ ਨਾਮ ਬਦਲ…: [569, 507, 753, 534]
notice-date: ਮਿਤੀ 5/12/2023: [1264, 874, 1311, 883]
list-item: ☛I, Manav S/o Ravinder Kumar R/o H.No. 4…: [569, 1260, 753, 1338]
name-change-list-2: ☛ਮੈਂ, ਮਲਕੀਤ ਸਿੰਘ ਪੁੱਤਰ ਬਚਨ ਸਿੰਘ ਵਾਸੀ ਪਿੰ…: [378, 95, 753, 1543]
pointing-hand-icon: ☛: [1138, 1617, 1146, 1628]
punjabi-entries: ☛ਮੈਂ ਤੇਜਦੀਪ ਸਿੰਘ Kashyap ਪੁੱਤਰ ਗਿਆਨ ਚੰਦ …: [569, 98, 753, 537]
